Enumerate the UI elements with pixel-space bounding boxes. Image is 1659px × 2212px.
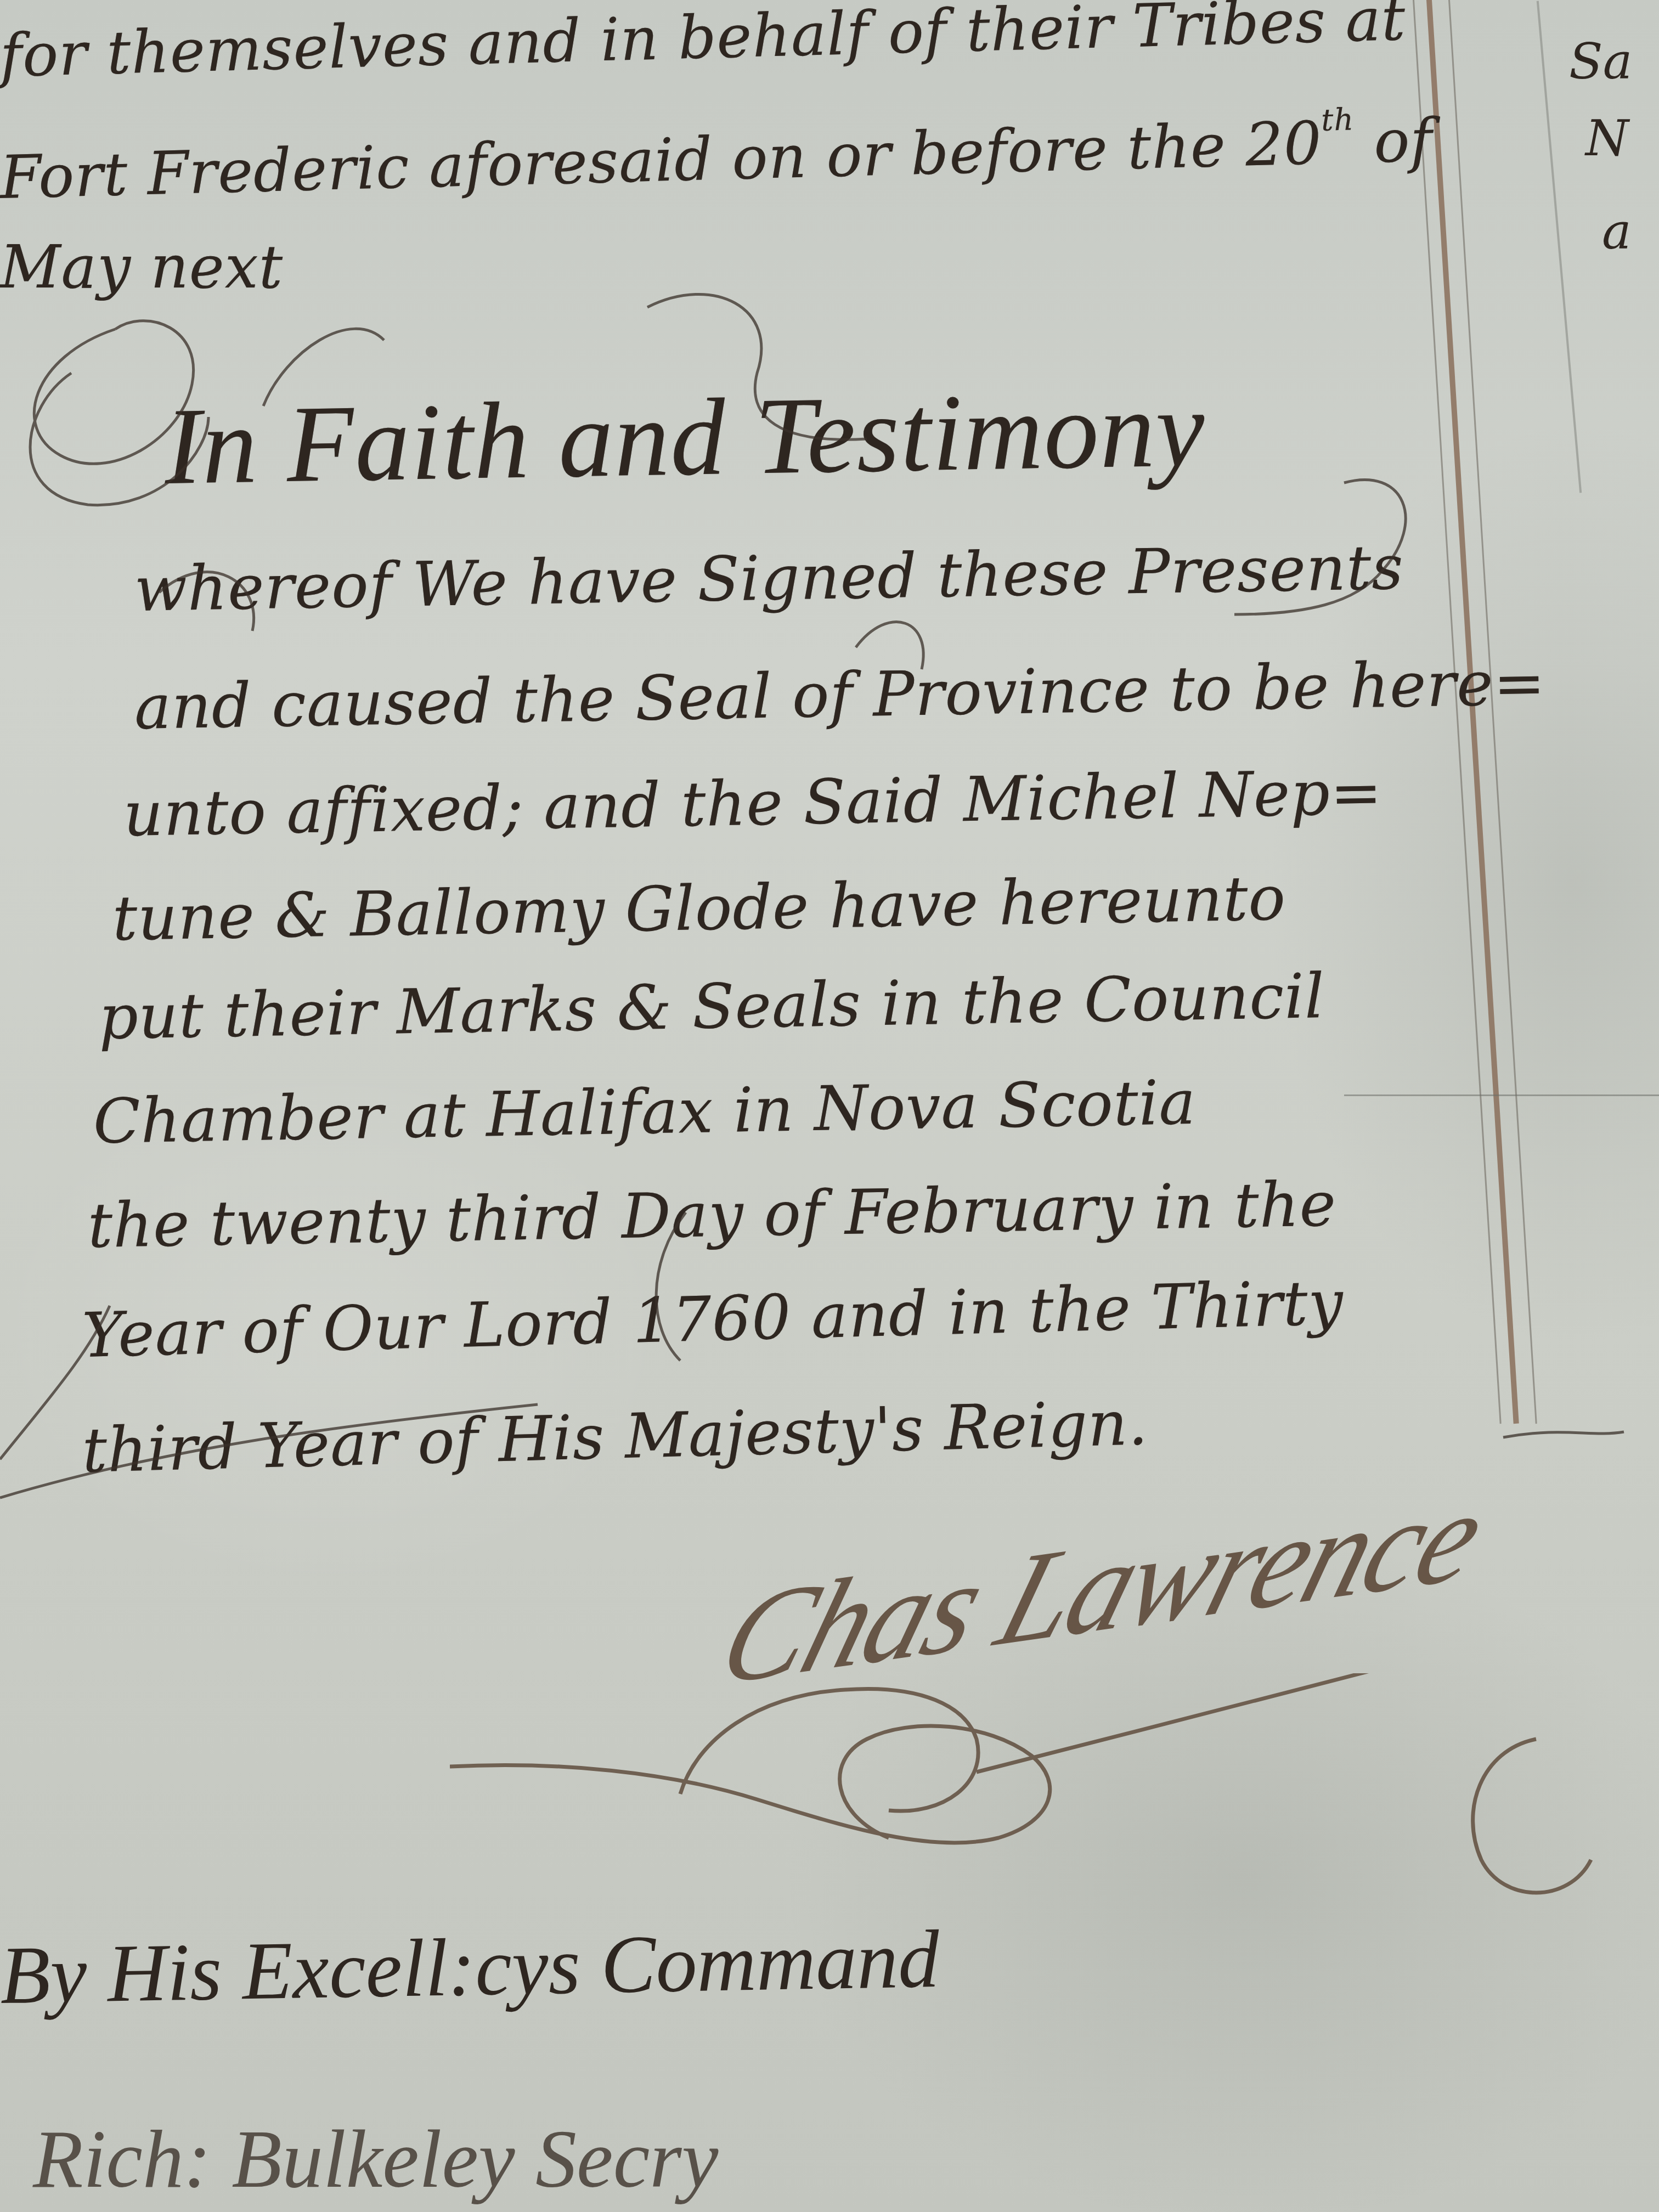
body-line: unto affixed; and the Said Michel Nep=	[123, 757, 1383, 850]
body-line: Year of Our Lord 1760 and in the Thirty	[81, 1267, 1344, 1372]
text-line-1: for themselves and in behalf of their Tr…	[0, 0, 1407, 91]
body-line: whereof We have Signed these Presents	[134, 532, 1404, 625]
signature-flourish	[450, 1673, 1602, 1920]
body-line: Chamber at Halifax in Nova Scotia	[93, 1067, 1197, 1158]
body-line: third Year of His Majesty's Reign.	[81, 1387, 1149, 1487]
paper-crease	[1344, 1094, 1659, 1096]
body-line: tune & Ballomy Glode have hereunto	[112, 863, 1286, 955]
date-suffix: of	[1353, 106, 1434, 177]
secretary-signature: Rich: Bulkeley Secry	[33, 2112, 718, 2207]
right-column-fragment: a	[1602, 203, 1632, 261]
attestation-line: By His Excell:cys Command	[0, 1912, 940, 2023]
manuscript-page: for themselves and in behalf of their Tr…	[0, 0, 1659, 2212]
text-line-3: May next	[0, 233, 283, 302]
text-line-2: Fort Frederic aforesaid on or before the…	[0, 100, 1434, 212]
body-line: the twenty third Day of February in the	[87, 1169, 1337, 1262]
body-line: and caused the Seal of Province to be he…	[134, 647, 1546, 743]
testimony-heading: In Faith and Testimony	[163, 366, 1206, 510]
right-column-fragment: N	[1585, 110, 1629, 167]
date-superscript: th	[1321, 101, 1354, 138]
text-line-2-main: Fort Frederic aforesaid on or before the…	[0, 109, 1323, 212]
body-line: put their Marks & Seals in the Council	[98, 961, 1325, 1053]
right-column-fragment: Sa	[1569, 33, 1632, 91]
